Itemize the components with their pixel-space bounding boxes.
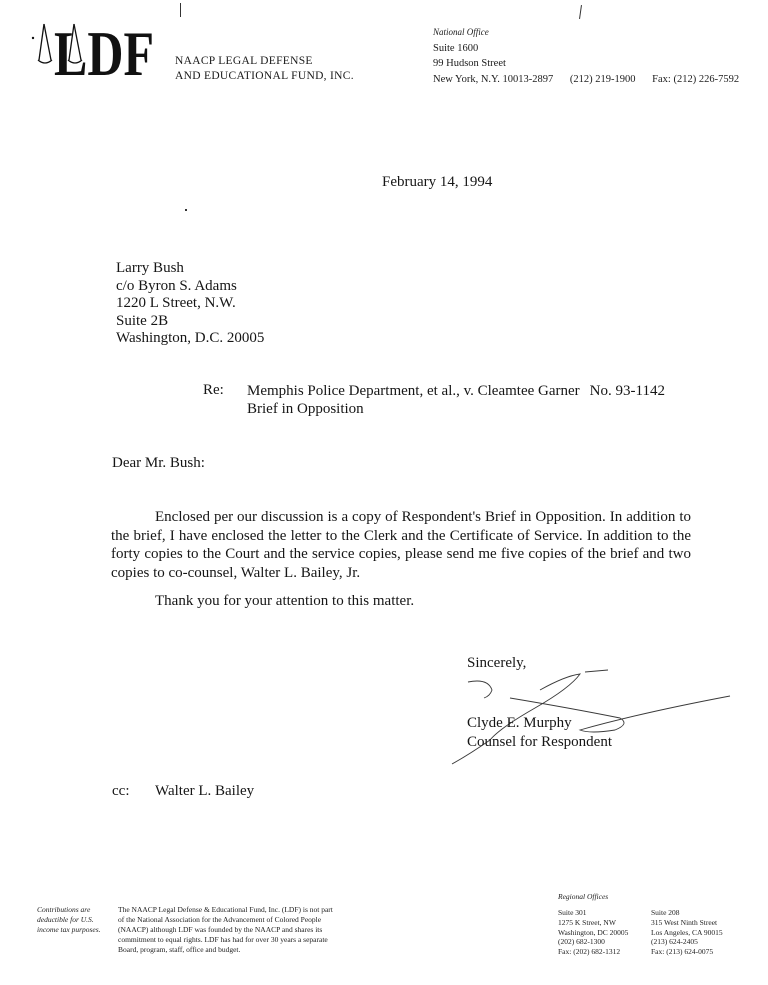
national-office-address: National Office Suite 1600 99 Hudson Str…: [433, 25, 739, 87]
closing: Sincerely,: [467, 655, 526, 672]
organization-disclaimer: The NAACP Legal Defense & Educational Fu…: [118, 905, 378, 955]
case-title: Memphis Police Department, et al., v. Cl…: [247, 383, 580, 399]
case-number: No. 93-1142: [590, 383, 665, 399]
tax-deductible-note: Contributions are deductible for U.S. in…: [37, 905, 101, 935]
salutation: Dear Mr. Bush:: [112, 455, 205, 472]
thanks-paragraph: Thank you for your attention to this mat…: [155, 593, 414, 610]
signer-name: Clyde E. Murphy: [467, 714, 612, 733]
cc-recipient: Walter L. Bailey: [155, 783, 254, 800]
scan-mark: [185, 209, 187, 211]
scan-mark: [180, 3, 181, 17]
scan-mark: [579, 5, 582, 19]
re-document: Brief in Opposition: [247, 400, 665, 418]
re-subject: Memphis Police Department, et al., v. Cl…: [247, 382, 665, 418]
logo-text: LDF: [54, 20, 154, 80]
national-office-label: National Office: [433, 25, 739, 41]
national-office-contact: New York, N.Y. 10013-2897 (212) 219-1900…: [433, 72, 739, 88]
fax-number: Fax: (212) 226-7592: [652, 74, 739, 85]
re-label: Re:: [203, 382, 224, 399]
recipient-address: Larry Bush c/o Byron S. Adams 1220 L Str…: [116, 260, 264, 348]
regional-office-washington: Suite 301 1275 K Street, NW Washington, …: [558, 908, 628, 957]
ldf-logo: LDF: [30, 20, 155, 80]
signer-title: Counsel for Respondent: [467, 733, 612, 752]
organization-name: NAACP LEGAL DEFENSE AND EDUCATIONAL FUND…: [175, 54, 354, 84]
phone-number: (212) 219-1900: [570, 74, 636, 85]
regional-offices-title: Regional Offices: [558, 892, 608, 901]
body-paragraph: Enclosed per our discussion is a copy of…: [111, 508, 691, 582]
letter-date: February 14, 1994: [382, 174, 492, 191]
cc-label: cc:: [112, 783, 129, 800]
signature-block: Clyde E. Murphy Counsel for Respondent: [467, 714, 612, 751]
regional-office-los-angeles: Suite 208 315 West Ninth Street Los Ange…: [651, 908, 723, 957]
